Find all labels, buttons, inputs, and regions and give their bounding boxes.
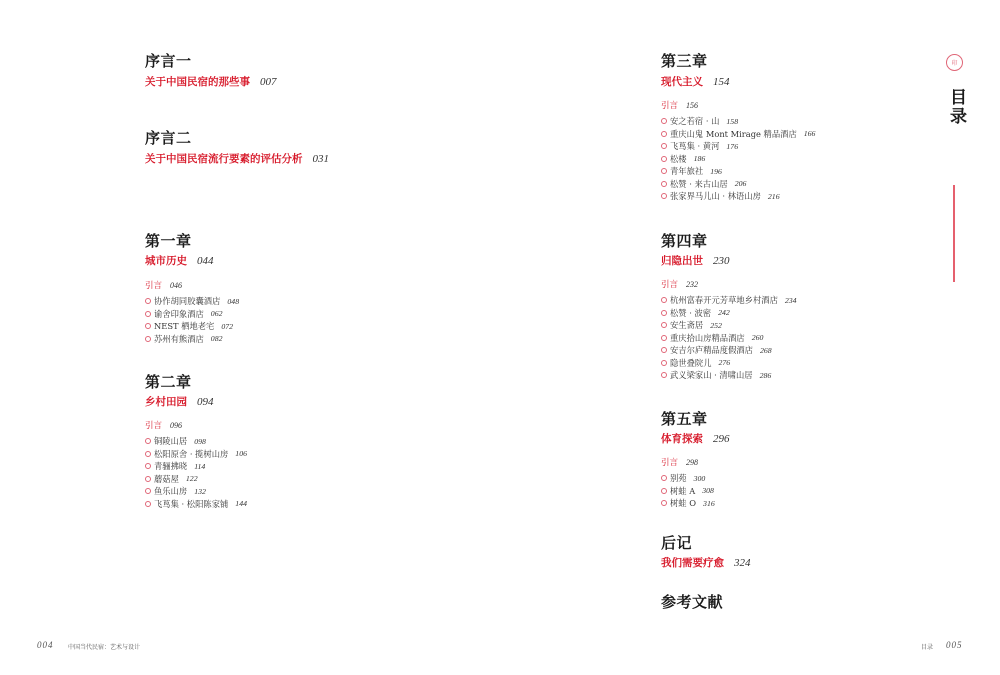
item-label: 张家界马儿山 · 林语山房 <box>670 190 761 202</box>
page-number: 206 <box>735 179 747 188</box>
list-item[interactable]: 青年旅社196 <box>661 165 815 177</box>
page-number: 114 <box>194 462 205 471</box>
list-item[interactable]: 铜陵山居098 <box>145 435 247 447</box>
intro-label: 引言 <box>661 280 678 290</box>
page-number: 286 <box>760 371 772 380</box>
item-label: 蘑菇屋 <box>154 473 179 485</box>
section-subtitle[interactable]: 关于中国民宿的那些事007 <box>145 74 277 89</box>
circle-bullet-icon <box>661 297 667 303</box>
list-item[interactable]: 协作胡同胶囊酒店048 <box>145 295 239 307</box>
page-number: 144 <box>235 499 247 508</box>
page-number: 216 <box>768 192 780 201</box>
list-item[interactable]: 谕舍印象酒店062 <box>145 308 239 320</box>
section-title: 参考文献 <box>661 591 723 612</box>
page-number: 044 <box>197 255 214 267</box>
item-label: 谕舍印象酒店 <box>154 308 204 320</box>
page-number: 154 <box>713 76 730 88</box>
entry-list: 别苑300 树蛙 A308 树蛙 O316 <box>661 472 715 510</box>
page-number: 082 <box>211 334 223 343</box>
section-subtitle[interactable]: 关于中国民宿流行要素的评估分析031 <box>145 151 329 166</box>
item-label: 树蛙 A <box>670 485 695 497</box>
item-label: 安吉尔庐精品度假酒店 <box>670 344 753 356</box>
page-number: 242 <box>718 308 730 317</box>
page-number: 122 <box>186 474 198 483</box>
list-item[interactable]: 松赞 · 来古山居206 <box>661 178 815 190</box>
circle-bullet-icon <box>145 336 151 342</box>
seal-text: 印 <box>951 58 957 67</box>
entry-list: 安之若宿 · 山158 重庆山鬼 Mont Mirage 精品酒店166 飞茑集… <box>661 115 815 203</box>
item-label: 青骊拂晓 <box>154 460 187 472</box>
page-number: 296 <box>713 433 730 445</box>
chapter-subtitle[interactable]: 归隐出世230 <box>661 253 730 268</box>
page-number: 298 <box>686 458 698 467</box>
intro-entry[interactable]: 引言232 <box>661 278 698 290</box>
chapter-subtitle[interactable]: 现代主义154 <box>661 74 730 89</box>
section-subtitle[interactable]: 我们需要疗愈324 <box>661 555 751 570</box>
page-number: 048 <box>227 297 239 306</box>
entry-list: 协作胡同胶囊酒店048 谕舍印象酒店062 NEST 栖地老宅072 苏州有熊酒… <box>145 295 239 345</box>
circle-bullet-icon <box>661 181 667 187</box>
page-number: 230 <box>713 255 730 267</box>
intro-entry[interactable]: 引言046 <box>145 279 182 291</box>
page-number: 232 <box>686 280 698 289</box>
list-item[interactable]: 别苑300 <box>661 472 715 484</box>
item-label: 安之若宿 · 山 <box>670 115 719 127</box>
list-item[interactable]: 重庆拾山房精品酒店260 <box>661 332 797 344</box>
item-label: 松阳原舍 · 揽树山房 <box>154 448 228 460</box>
chapter-title: 第五章 <box>661 408 708 429</box>
list-item[interactable]: 杭州富春开元芳草地乡村酒店234 <box>661 294 797 306</box>
list-item[interactable]: 青骊拂晓114 <box>145 460 247 472</box>
page-number: 186 <box>694 154 706 163</box>
item-label: 鱼乐山房 <box>154 485 187 497</box>
page-number: 308 <box>702 486 714 495</box>
circle-bullet-icon <box>661 372 667 378</box>
circle-bullet-icon <box>661 156 667 162</box>
section-title: 序言一 <box>145 50 192 71</box>
page-number: 007 <box>260 76 277 88</box>
page-number: 234 <box>785 296 797 305</box>
list-item[interactable]: 苏州有熊酒店082 <box>145 333 239 345</box>
circle-bullet-icon <box>145 323 151 329</box>
page-number: 031 <box>313 153 330 165</box>
circle-bullet-icon <box>661 322 667 328</box>
item-label: 协作胡同胶囊酒店 <box>154 295 220 307</box>
circle-bullet-icon <box>145 476 151 482</box>
page-number: 176 <box>726 142 738 151</box>
item-label: 松赞 · 波密 <box>670 307 711 319</box>
chapter-subtitle[interactable]: 体育探索296 <box>661 431 730 446</box>
item-label: NEST 栖地老宅 <box>154 320 214 332</box>
item-label: 苏州有熊酒店 <box>154 333 204 345</box>
intro-label: 引言 <box>145 281 162 291</box>
page-number: 062 <box>211 309 223 318</box>
page-number-footer: 005 <box>946 640 963 650</box>
circle-bullet-icon <box>661 118 667 124</box>
chapter-title: 第四章 <box>661 230 708 251</box>
item-label: 飞茑集 · 松阳陈家铺 <box>154 498 228 510</box>
intro-label: 引言 <box>661 458 678 468</box>
list-item[interactable]: 鱼乐山房132 <box>145 485 247 497</box>
page-number: 158 <box>726 117 738 126</box>
list-item[interactable]: 飞茑集 · 松阳陈家铺144 <box>145 498 247 510</box>
item-label: 铜陵山居 <box>154 435 187 447</box>
page-number: 096 <box>170 421 182 430</box>
item-label: 杭州富春开元芳草地乡村酒店 <box>670 294 778 306</box>
red-vertical-rule <box>953 185 955 282</box>
circle-bullet-icon <box>145 501 151 507</box>
list-item[interactable]: 松赞 · 波密242 <box>661 307 797 319</box>
page-number: 166 <box>804 129 816 138</box>
circle-bullet-icon <box>661 360 667 366</box>
page-number: 276 <box>719 358 731 367</box>
intro-entry[interactable]: 引言298 <box>661 456 698 468</box>
circle-bullet-icon <box>661 488 667 494</box>
page-number: 072 <box>221 322 233 331</box>
subtitle-text: 关于中国民宿的那些事 <box>145 76 250 88</box>
chapter-title: 第二章 <box>145 371 192 392</box>
intro-label: 引言 <box>661 101 678 111</box>
page-number: 196 <box>710 167 722 176</box>
intro-entry[interactable]: 引言096 <box>145 419 182 431</box>
subtitle-text: 体育探索 <box>661 433 703 445</box>
right-page: 第三章 现代主义154 引言156 安之若宿 · 山158 重庆山鬼 Mont … <box>500 0 1000 675</box>
list-item[interactable]: 松楼186 <box>661 153 815 165</box>
seal-stamp-icon: 印 <box>946 54 963 71</box>
page-number: 324 <box>734 557 751 569</box>
circle-bullet-icon <box>661 335 667 341</box>
subtitle-text: 乡村田园 <box>145 396 187 408</box>
subtitle-text: 关于中国民宿流行要素的评估分析 <box>145 153 303 165</box>
section-title: 序言二 <box>145 127 192 148</box>
item-label: 飞茑集 · 黄河 <box>670 140 719 152</box>
circle-bullet-icon <box>145 451 151 457</box>
page-number: 252 <box>710 321 722 330</box>
chapter-title: 第一章 <box>145 230 192 251</box>
item-label: 安生斋居 <box>670 319 703 331</box>
item-label: 青年旅社 <box>670 165 703 177</box>
circle-bullet-icon <box>661 347 667 353</box>
list-item[interactable]: 松阳原舍 · 揽树山房106 <box>145 448 247 460</box>
page-number: 106 <box>235 449 247 458</box>
list-item[interactable]: NEST 栖地老宅072 <box>145 320 239 332</box>
list-item[interactable]: 蘑菇屋122 <box>145 473 247 485</box>
subtitle-text: 归隐出世 <box>661 255 703 267</box>
circle-bullet-icon <box>145 311 151 317</box>
item-label: 重庆山鬼 Mont Mirage 精品酒店 <box>670 128 797 140</box>
list-item[interactable]: 隐世叠院儿276 <box>661 357 797 369</box>
page-number: 268 <box>760 346 772 355</box>
book-title-footer: 中国当代民宿：艺术与设计 <box>68 642 140 651</box>
circle-bullet-icon <box>661 131 667 137</box>
item-label: 树蛙 O <box>670 497 696 509</box>
section-title: 后记 <box>661 532 692 553</box>
circle-bullet-icon <box>661 143 667 149</box>
item-label: 重庆拾山房精品酒店 <box>670 332 745 344</box>
vertical-title: 目录 <box>944 88 969 126</box>
circle-bullet-icon <box>661 168 667 174</box>
item-label: 隐世叠院儿 <box>670 357 712 369</box>
list-item[interactable]: 安吉尔庐精品度假酒店268 <box>661 344 797 356</box>
intro-entry[interactable]: 引言156 <box>661 99 698 111</box>
item-label: 武义梁家山 · 清啸山居 <box>670 369 753 381</box>
item-label: 松赞 · 来古山居 <box>670 178 728 190</box>
list-item[interactable]: 张家界马儿山 · 林语山房216 <box>661 190 815 202</box>
list-item[interactable]: 安之若宿 · 山158 <box>661 115 815 127</box>
left-page: 序言一 关于中国民宿的那些事007 序言二 关于中国民宿流行要素的评估分析031… <box>0 0 500 675</box>
list-item[interactable]: 武义梁家山 · 清啸山居286 <box>661 369 797 381</box>
item-label: 松楼 <box>670 153 687 165</box>
subtitle-text: 现代主义 <box>661 76 703 88</box>
entry-list: 铜陵山居098 松阳原舍 · 揽树山房106 青骊拂晓114 蘑菇屋122 鱼乐… <box>145 435 247 510</box>
page-number: 300 <box>694 474 706 483</box>
circle-bullet-icon <box>145 298 151 304</box>
chapter-subtitle[interactable]: 乡村田园094 <box>145 394 214 409</box>
page-number: 046 <box>170 281 182 290</box>
circle-bullet-icon <box>145 438 151 444</box>
chapter-title: 第三章 <box>661 50 708 71</box>
subtitle-text: 我们需要疗愈 <box>661 557 724 569</box>
page-number: 260 <box>752 333 764 342</box>
list-item[interactable]: 安生斋居252 <box>661 319 797 331</box>
list-item[interactable]: 重庆山鬼 Mont Mirage 精品酒店166 <box>661 128 815 140</box>
circle-bullet-icon <box>661 475 667 481</box>
page-number: 132 <box>194 487 206 496</box>
page-number: 094 <box>197 396 214 408</box>
item-label: 别苑 <box>670 472 687 484</box>
circle-bullet-icon <box>661 193 667 199</box>
intro-label: 引言 <box>145 421 162 431</box>
page-number-footer: 004 <box>37 640 54 650</box>
page-number: 316 <box>703 499 715 508</box>
page-number: 098 <box>194 437 206 446</box>
circle-bullet-icon <box>661 500 667 506</box>
page-number: 156 <box>686 101 698 110</box>
section-label-footer: 目录 <box>921 642 933 651</box>
circle-bullet-icon <box>661 310 667 316</box>
list-item[interactable]: 树蛙 A308 <box>661 485 715 497</box>
circle-bullet-icon <box>145 463 151 469</box>
subtitle-text: 城市历史 <box>145 255 187 267</box>
entry-list: 杭州富春开元芳草地乡村酒店234 松赞 · 波密242 安生斋居252 重庆拾山… <box>661 294 797 382</box>
list-item[interactable]: 树蛙 O316 <box>661 497 715 509</box>
list-item[interactable]: 飞茑集 · 黄河176 <box>661 140 815 152</box>
chapter-subtitle[interactable]: 城市历史044 <box>145 253 214 268</box>
circle-bullet-icon <box>145 488 151 494</box>
